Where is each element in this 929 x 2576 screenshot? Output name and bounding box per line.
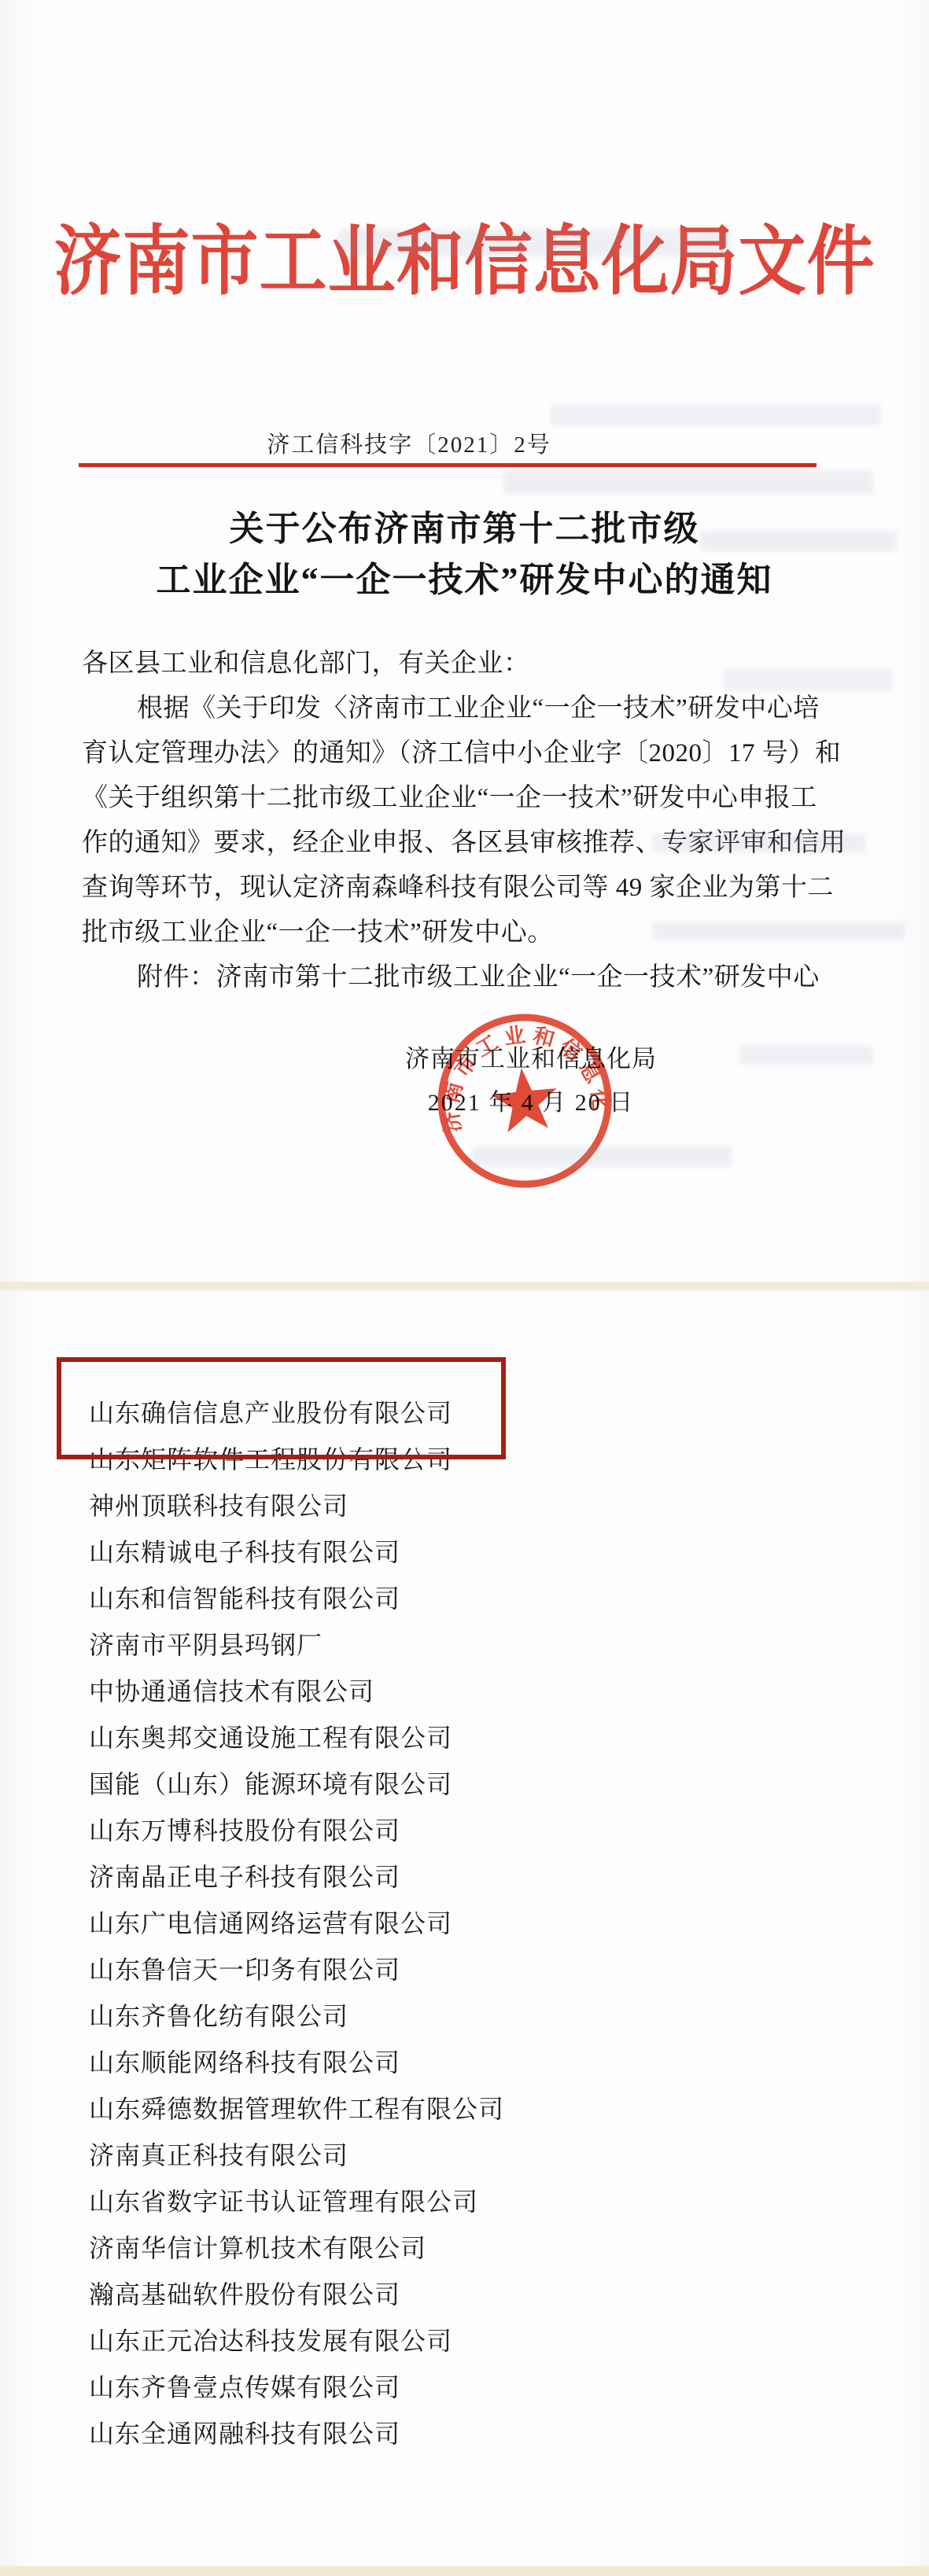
company-list-item: 山东舜德数据管理软件工程有限公司 bbox=[89, 2086, 797, 2133]
body-line: 《关于组织第十二批市级工业企业“一企一技术”研发中心申报工 bbox=[82, 776, 857, 821]
company-list-item: 国能（山东）能源环境有限公司 bbox=[89, 1761, 797, 1808]
official-seal: 济南市工业和信息化局 bbox=[421, 995, 629, 1203]
company-list-item: 济南市平阴县玛钢厂 bbox=[89, 1622, 797, 1669]
bleed-through-artifact bbox=[503, 470, 873, 494]
page-separator bbox=[0, 1282, 929, 1289]
company-list-item: 济南真正科技有限公司 bbox=[89, 2133, 797, 2179]
company-list-item: 山东齐鲁壹点传媒有限公司 bbox=[89, 2364, 797, 2411]
company-list-item: 中协通通信技术有限公司 bbox=[89, 1669, 797, 1715]
company-list-item: 神州顶联科技有限公司 bbox=[89, 1483, 797, 1529]
company-list-item: 山东齐鲁化纺有限公司 bbox=[89, 1993, 797, 2040]
company-list-item: 山东奥邦交通设施工程有限公司 bbox=[89, 1715, 797, 1761]
company-list-item: 山东省数字证书认证管理有限公司 bbox=[89, 2179, 797, 2225]
scan-bottom-edge bbox=[0, 2566, 929, 2576]
body-line: 查询等环节，现认定济南森峰科技有限公司等 49 家企业为第十二 bbox=[82, 866, 857, 911]
company-list-item: 济南晶正电子科技有限公司 bbox=[89, 1854, 797, 1901]
document-number: 济工信科技字〔2021〕2号 bbox=[0, 427, 818, 459]
company-list-item: 山东万博科技股份有限公司 bbox=[89, 1808, 797, 1854]
body-line: 根据《关于印发〈济南市工业企业“一企一技术”研发中心培 bbox=[82, 686, 857, 731]
seal-star-icon bbox=[488, 1065, 560, 1134]
document-body: 各区县工业和信息化部门，有关企业： 根据《关于印发〈济南市工业企业“一企一技术”… bbox=[82, 642, 857, 1000]
red-divider-line bbox=[79, 463, 817, 467]
company-list: 山东确信信息产业股份有限公司 山东矩阵软件工程股份有限公司 神州顶联科技有限公司… bbox=[89, 1390, 797, 2457]
company-list-item: 山东鲁信天一印务有限公司 bbox=[89, 1947, 797, 1993]
company-list-item: 山东和信智能科技有限公司 bbox=[89, 1576, 797, 1622]
company-list-item: 济南华信计算机技术有限公司 bbox=[89, 2225, 797, 2272]
attachment-reference-line: 附件：济南市第十二批市级工业企业“一企一技术”研发中心 bbox=[82, 955, 857, 1000]
company-list-item: 山东正元冶达科技发展有限公司 bbox=[89, 2318, 797, 2364]
bleed-through-artifact bbox=[551, 405, 881, 425]
body-line: 育认定管理办法〉的通知》（济工信中小企业字〔2020〕17 号）和 bbox=[82, 731, 857, 776]
bleed-through-artifact bbox=[472, 1146, 732, 1167]
bleed-through-artifact bbox=[653, 922, 905, 940]
bleed-through-artifact bbox=[700, 531, 897, 551]
company-list-item: 山东顺能网络科技有限公司 bbox=[89, 2040, 797, 2086]
bleed-through-artifact bbox=[653, 834, 865, 852]
company-list-item: 山东全通网融科技有限公司 bbox=[89, 2411, 797, 2457]
company-list-item: 山东精诚电子科技有限公司 bbox=[89, 1529, 797, 1576]
bleed-through-artifact bbox=[739, 1046, 873, 1065]
scanned-document: 济南市工业和信息化局文件 济工信科技字〔2021〕2号 关于公布济南市第十二批市… bbox=[0, 0, 929, 2576]
bleed-through-artifact bbox=[338, 230, 732, 256]
document-title-line2: 工业企业“一企一技术”研发中心的通知 bbox=[0, 554, 929, 605]
company-list-item: 瀚高基础软件股份有限公司 bbox=[89, 2272, 797, 2318]
bleed-through-artifact bbox=[724, 670, 893, 690]
company-list-item: 山东广电信通网络运营有限公司 bbox=[89, 1901, 797, 1947]
highlight-box bbox=[57, 1357, 506, 1459]
